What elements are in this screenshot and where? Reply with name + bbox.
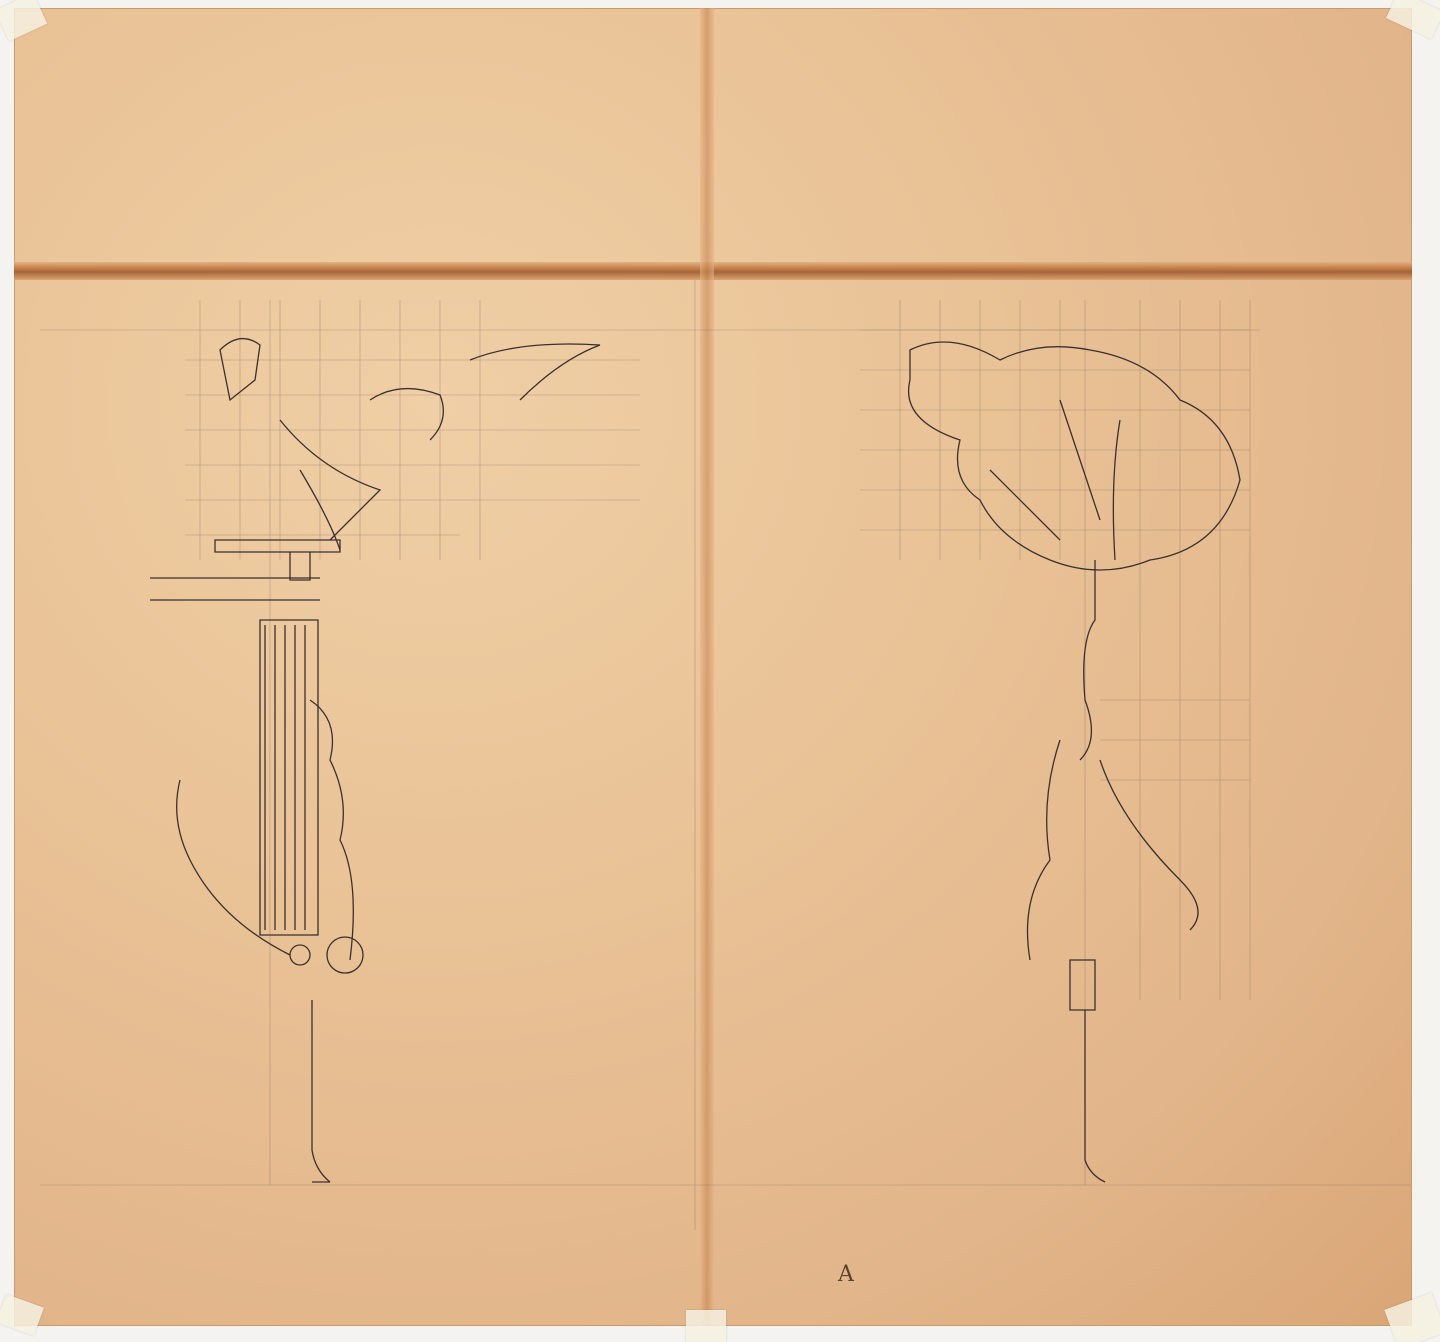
sketch-drawing [0,0,1440,1342]
pencil-mark: A [838,1262,854,1287]
tape-bottom-center [686,1310,726,1342]
right-panel-sketch [909,342,1240,1182]
grid-lines [40,280,1410,1230]
